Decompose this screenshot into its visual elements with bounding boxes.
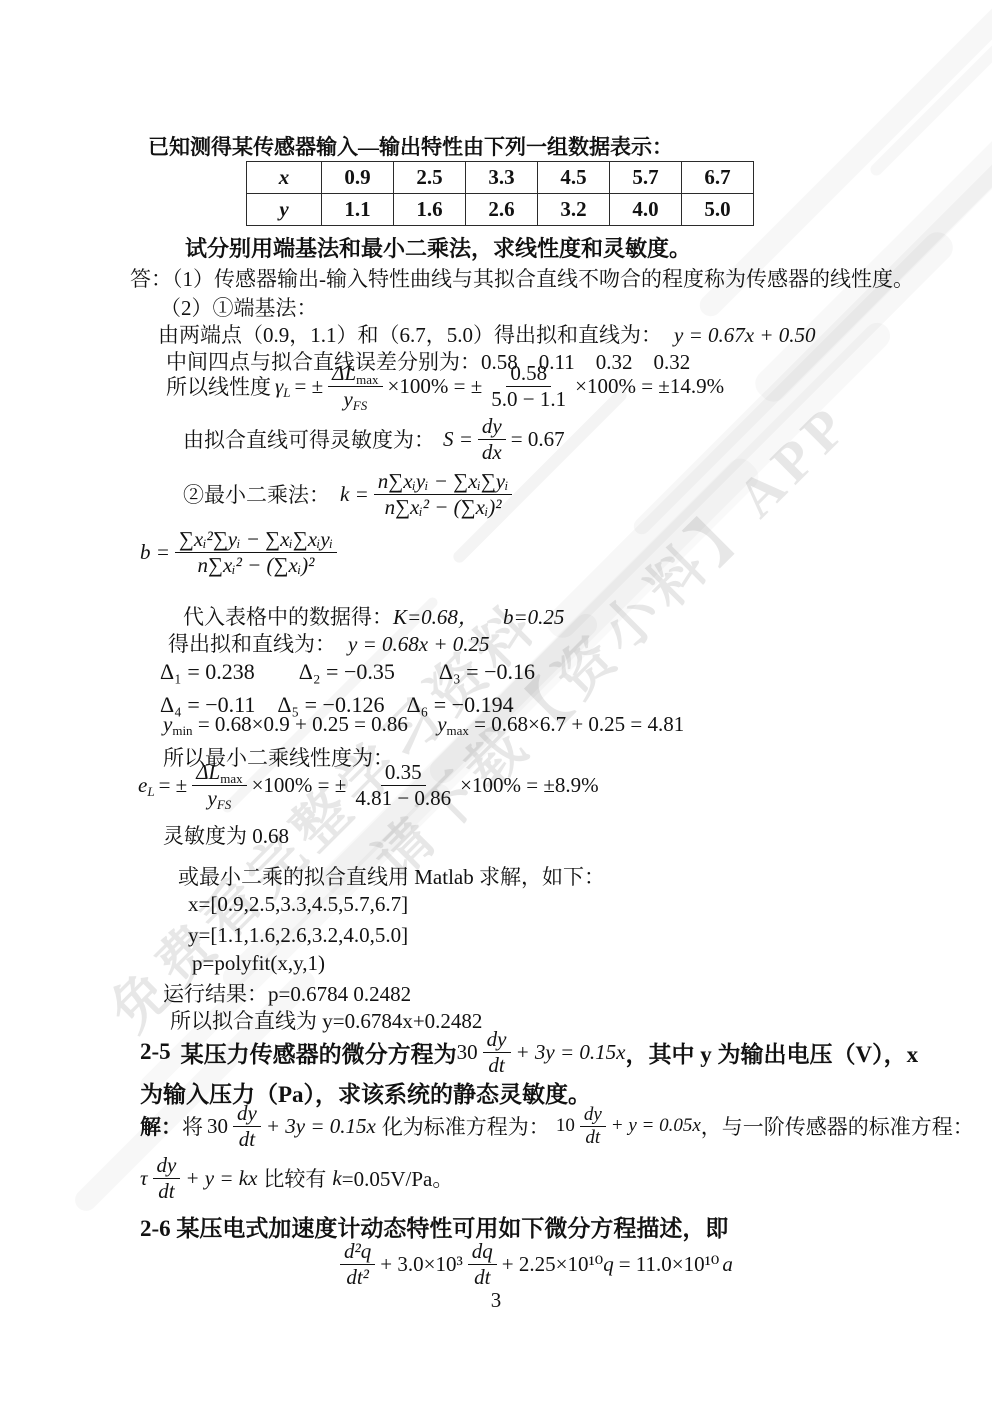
fraction-denominator: dt² (342, 1265, 373, 1289)
answer-line-2: （2）①端基法： (160, 292, 318, 322)
least-squares-label: ②最小二乘法： (183, 479, 330, 509)
solution-text: 比较有 (263, 1163, 326, 1193)
ymax-equation: = 0.68×6.7 + 0.25 = 4.81 (474, 712, 684, 736)
fit-line-equation: y = 0.68x + 0.25 (348, 632, 489, 656)
x-cell: 0.9 (322, 162, 394, 194)
fraction-denominator: dt (470, 1265, 494, 1289)
sensitivity-S: S = (443, 427, 473, 452)
eL-symbol: eL (138, 773, 155, 798)
fraction-denominator: yFS (339, 387, 371, 411)
endpoint-text: 由两端点（0.9，1.1）和（6.7，5.0）得出拟和直线为： (158, 323, 662, 347)
sensitivity-068-line: 灵敏度为 0.68 (163, 820, 289, 850)
fraction-dy-dt: dy dt (483, 1027, 511, 1076)
fraction-denominator: dx (478, 440, 506, 464)
question-equation: + 3y = 0.15x (516, 1040, 626, 1065)
intro-line: 已知测得某传感器输入—输出特性由下列一组数据表示： (148, 131, 673, 161)
coef-30: 30 (207, 1114, 228, 1139)
fraction-denominator: n∑xᵢ² − (∑xᵢ)² (193, 553, 318, 577)
y-cell: 4.0 (610, 194, 682, 226)
fraction-denominator: yFS (204, 786, 236, 810)
x-cell: 2.5 (394, 162, 466, 194)
gamma-label: 所以线性度 (166, 371, 271, 401)
solution-text: ，与一阶传感器的标准方程： (701, 1111, 974, 1141)
row-header-x: x (247, 162, 322, 194)
fraction-numerator: 0.35 (381, 760, 426, 785)
endpoint-line: 由两端点（0.9，1.1）和（6.7，5.0）得出拟和直线为：y = 0.67x… (158, 319, 815, 349)
question-2-5-line-1: 2-5 某压力传感器的微分方程为 30 dy dt + 3y = 0.15x ，… (140, 1028, 918, 1076)
fraction-035: 0.35 4.81 − 0.86 (351, 760, 455, 809)
x-cell: 4.5 (538, 162, 610, 194)
result-label: 运行结果： (163, 982, 268, 1006)
fraction-numerator: dy (478, 414, 506, 439)
solution-text: 化为标准方程为： (382, 1111, 550, 1141)
y-cell: 3.2 (538, 194, 610, 226)
fraction-058: 0.58 5.0 − 1.1 (487, 361, 570, 410)
fraction-dLmax-yFS: ΔLmax yFS (328, 361, 382, 410)
k-symbol: k = (340, 482, 369, 507)
k-symbol: k (332, 1166, 341, 1191)
x-cell: 3.3 (466, 162, 538, 194)
sensitivity-line: 由拟合直线可得灵敏度为： S = dy dx = 0.67 (183, 415, 565, 463)
table-row: x 0.9 2.5 3.3 4.5 5.7 6.7 (247, 162, 754, 194)
eL-eq3: ×100% = ±8.9% (460, 773, 598, 798)
fraction-k: n∑xᵢyᵢ − ∑xᵢ∑yᵢ n∑xᵢ² − (∑xᵢ)² (374, 469, 513, 518)
lsq-linearity-formula: eL = ± ΔLmax yFS ×100% = ± 0.35 4.81 − 0… (138, 756, 599, 814)
eL-eq2: ×100% = ± (252, 773, 347, 798)
matlab-polyfit-line: p=polyfit(x,y,1) (192, 951, 325, 976)
x-cell: 6.7 (682, 162, 754, 194)
k-value: =0.05V/Pa。 (342, 1163, 454, 1193)
formula-term: + 3.0×10³ (380, 1252, 462, 1277)
formula-term: = 11.0×10¹⁰ (619, 1252, 720, 1277)
fraction-numerator: dy (580, 1104, 606, 1127)
fraction-b: ∑xᵢ²∑yᵢ − ∑xᵢ∑xᵢyᵢ n∑xᵢ² − (∑xᵢ)² (175, 527, 337, 576)
fit-line-label: 得出拟和直线为： (168, 632, 336, 656)
solution-2-5-line-1: 解： 将 30 dy dt + 3y = 0.15x 化为标准方程为： 10 d… (140, 1100, 974, 1152)
matlab-y-line: y=[1.1,1.6,2.6,3.2,4.0,5.0] (188, 923, 408, 948)
gamma-eq1: = ± (295, 374, 324, 399)
answer-line-1: 答：（1）传感器输出-输入特性曲线与其拟合直线不吻合的程度称为传感器的线性度。 (130, 263, 914, 293)
question-text: ，其中 y 为输出电压（V），x (625, 1036, 918, 1069)
gamma-symbol: γL (275, 374, 291, 399)
formula-term: + 2.25×10¹⁰ (502, 1252, 603, 1277)
question-number: 2-5 (140, 1039, 171, 1065)
y-cell: 5.0 (682, 194, 754, 226)
fraction-dy-dt: dy dt (233, 1101, 261, 1150)
fraction-numerator: dy (153, 1153, 181, 1178)
solution-equation: + 3y = 0.15x (266, 1114, 376, 1139)
fraction-dLmax-yFS: ΔLmax yFS (192, 760, 246, 809)
question-number: 2-6 (140, 1216, 171, 1241)
matlab-intro-line: 或最小二乘的拟合直线用 Matlab 求解，如下： (178, 861, 605, 891)
fraction-denominator: 5.0 − 1.1 (487, 387, 570, 411)
fit-line: 得出拟和直线为：y = 0.68x + 0.25 (168, 628, 489, 658)
document-page: { "watermark": { "line1": "免费看完整学习资料", "… (0, 0, 992, 1403)
coef-30: 30 (457, 1040, 478, 1065)
result-value: p=0.6784 0.2482 (268, 982, 411, 1006)
fraction-numerator: 0.58 (506, 361, 551, 386)
fraction-dy-dx: dy dx (478, 414, 506, 463)
K-value: K=0.68， (393, 605, 479, 629)
x-cell: 5.7 (610, 162, 682, 194)
y-cell: 2.6 (466, 194, 538, 226)
sensitivity-value: = 0.67 (511, 427, 565, 452)
gamma-eq2: ×100% = ± (388, 374, 483, 399)
fraction-dy-dt: dy dt (580, 1104, 606, 1149)
ymin-symbol: ymin (163, 712, 193, 736)
fraction-numerator: ΔLmax (192, 760, 246, 785)
coef-10: 10 (556, 1115, 575, 1137)
substitute-line: 代入表格中的数据得：K=0.68，b=0.25 (183, 601, 564, 631)
fraction-denominator: dt (154, 1179, 178, 1203)
fraction-numerator: dy (483, 1027, 511, 1052)
a-symbol: a (722, 1252, 733, 1277)
b-symbol: b = (140, 540, 170, 565)
streak-band (868, 14, 992, 178)
streak-band (749, 86, 992, 407)
fraction-numerator: n∑xᵢyᵢ − ∑xᵢ∑yᵢ (374, 469, 513, 494)
least-squares-b-formula: b = ∑xᵢ²∑yᵢ − ∑xᵢ∑xᵢyᵢ n∑xᵢ² − (∑xᵢ)² (140, 520, 342, 584)
fraction-numerator: ΔLmax (328, 361, 382, 386)
tau-symbol: τ (140, 1166, 148, 1191)
solution-text: 将 (182, 1111, 203, 1141)
eL-eq1: = ± (159, 773, 188, 798)
ymin-ymax-line: ymin = 0.68×0.9 + 0.25 = 0.86 ymax = 0.6… (163, 712, 684, 737)
fraction-numerator: dq (468, 1239, 497, 1264)
gamma-eq3: ×100% = ±14.9% (575, 374, 724, 399)
ymin-equation: = 0.68×0.9 + 0.25 = 0.86 (198, 712, 408, 736)
fraction-denominator: 4.81 − 0.86 (351, 786, 455, 810)
b-value: b=0.25 (503, 605, 564, 629)
fraction-dy-dt: dy dt (153, 1153, 181, 1202)
least-squares-k-formula: ②最小二乘法： k = n∑xᵢyᵢ − ∑xᵢ∑yᵢ n∑xᵢ² − (∑xᵢ… (183, 463, 517, 525)
fraction-numerator: d²q (340, 1239, 375, 1264)
fraction-denominator: dt (581, 1127, 604, 1149)
fraction-denominator: dt (235, 1127, 259, 1151)
xy-data-table: x 0.9 2.5 3.3 4.5 5.7 6.7 y 1.1 1.6 2.6 … (246, 161, 754, 226)
fraction-numerator: dy (233, 1101, 261, 1126)
matlab-result-line: 运行结果：p=0.6784 0.2482 (163, 978, 411, 1008)
fraction-denominator: n∑xᵢ² − (∑xᵢ)² (381, 495, 506, 519)
matlab-x-line: x=[0.9,2.5,3.3,4.5,5.7,6.7] (188, 892, 408, 917)
delta-line-1: Δ₁ = 0.238 Δ₂ = −0.35 Δ₃ = −0.16 (160, 655, 535, 686)
linearity-gamma-formula: 所以线性度 γL = ± ΔLmax yFS ×100% = ± 0.58 5.… (166, 360, 724, 412)
solution-equation: + y = kx (185, 1166, 257, 1191)
solution-equation: + y = 0.05x (611, 1115, 701, 1137)
endpoint-equation: y = 0.67x + 0.50 (674, 323, 815, 347)
sensitivity-label: 由拟合直线可得灵敏度为： (183, 424, 435, 454)
table-row: y 1.1 1.6 2.6 3.2 4.0 5.0 (247, 194, 754, 226)
fraction-dq-dt: dq dt (468, 1239, 497, 1288)
q-symbol: q (603, 1252, 614, 1277)
solution-2-5-line-2: τ dy dt + y = kx 比较有 k =0.05V/Pa。 (140, 1152, 453, 1204)
fraction-numerator: ∑xᵢ²∑yᵢ − ∑xᵢ∑xᵢyᵢ (175, 527, 337, 552)
question-2-6-formula: d²q dt² + 3.0×10³ dq dt + 2.25×10¹⁰ q = … (335, 1238, 733, 1290)
substitute-label: 代入表格中的数据得： (183, 605, 393, 629)
fraction-d2q-dt2: d²q dt² (340, 1239, 375, 1288)
y-cell: 1.6 (394, 194, 466, 226)
question-text: 某压力传感器的微分方程为 (181, 1036, 457, 1069)
ymax-symbol: ymax (437, 712, 469, 736)
row-header-y: y (247, 194, 322, 226)
solution-label: 解： (140, 1111, 182, 1141)
task-line: 试分别用端基法和最小二乘法，求线性度和灵敏度。 (185, 232, 691, 263)
y-cell: 1.1 (322, 194, 394, 226)
fraction-denominator: dt (484, 1053, 508, 1077)
page-number: 3 (0, 1288, 992, 1313)
data-table-wrap: x 0.9 2.5 3.3 4.5 5.7 6.7 y 1.1 1.6 2.6 … (246, 161, 754, 226)
